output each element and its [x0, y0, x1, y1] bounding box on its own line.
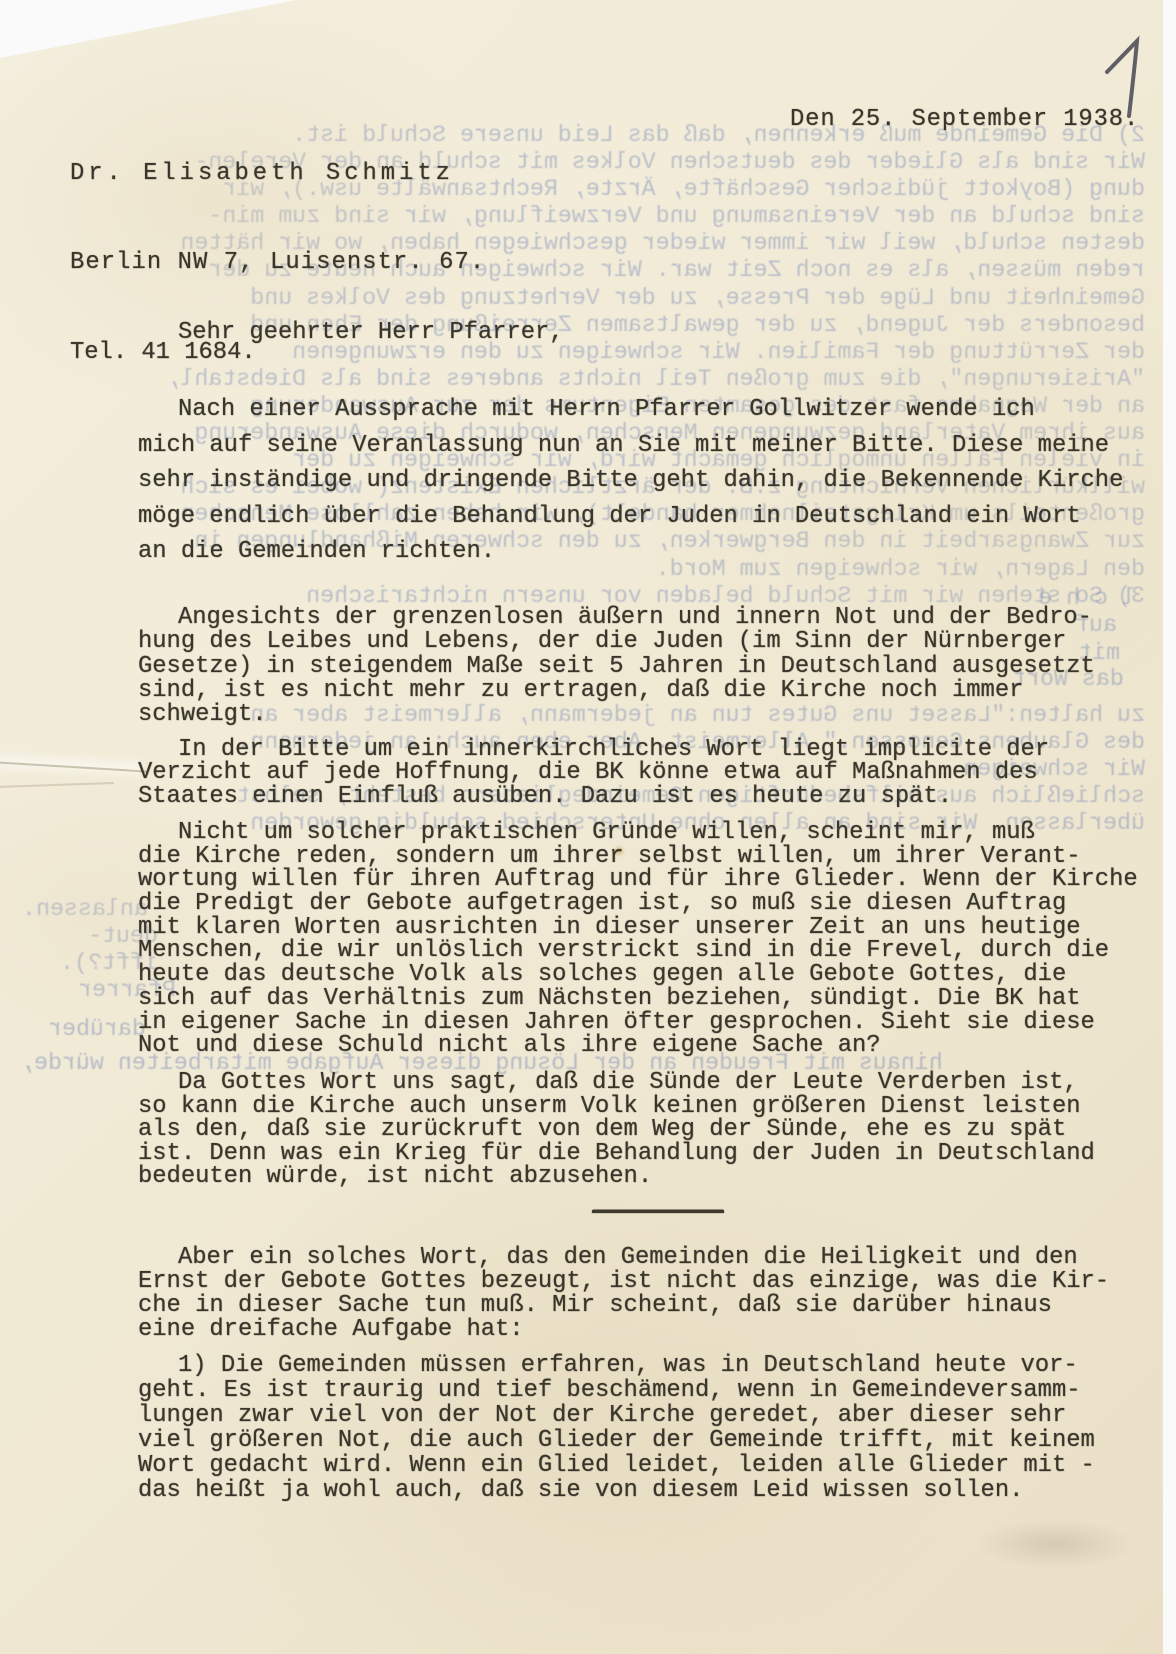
typed-line: geht. Es ist traurig und tief beschämend… — [138, 1378, 1138, 1403]
typed-line: Angesichts der grenzenlosen äußern und i… — [138, 606, 1138, 630]
typed-line: Nicht um solcher praktischen Gründe will… — [138, 821, 1138, 845]
typed-line: das heißt ja wohl auch, daß sie von dies… — [138, 1478, 1138, 1503]
typed-line: che in dieser Sache tun muß. Mir scheint… — [138, 1294, 1138, 1318]
typed-line: Wort gedacht wird. Wenn ein Glied leidet… — [138, 1453, 1138, 1478]
typed-line: lungen zwar viel von der Not der Kirche … — [138, 1403, 1138, 1428]
paragraph: In der Bitte um ein innerkirchliches Wor… — [138, 738, 1138, 808]
typed-line: an die Gemeinden richten. — [138, 534, 1138, 570]
typed-line: Verzicht auf jede Hoffnung, die BK könne… — [138, 761, 1138, 784]
ink-smudge — [975, 1518, 1135, 1570]
typed-line: Da Gottes Wort uns sagt, daß die Sünde d… — [138, 1071, 1138, 1095]
paragraph: Nicht um solcher praktischen Gründe will… — [138, 821, 1138, 1058]
scanned-letter-page: 2) Die Gemeinde muß erkennen, daß das Le… — [0, 0, 1176, 1654]
typed-line: Ernst der Gebote Gottes bezeugt, ist nic… — [138, 1270, 1138, 1294]
typed-line: viel größeren Not, die auch Glieder der … — [138, 1428, 1138, 1453]
paragraph: Nach einer Aussprache mit Herrn Pfarrer … — [138, 392, 1138, 570]
typed-line: sehr inständige und dringende Bitte geht… — [138, 463, 1138, 499]
typed-line: Nach einer Aussprache mit Herrn Pfarrer … — [138, 392, 1138, 428]
typed-line: bedeuten würde, ist nicht abzusehen. — [138, 1165, 1138, 1189]
typed-line: Staates einen Einfluß ausüben. Dazu ist … — [138, 785, 1138, 808]
typed-line: hung des Leibes und Lebens, der die Jude… — [138, 630, 1138, 654]
typed-line: in eigener Sache in diesen Jahren öfter … — [138, 1011, 1138, 1035]
paragraph: Aber ein solches Wort, das den Gemeinden… — [138, 1246, 1138, 1342]
typed-line: als den, daß sie zurückruft von dem Weg … — [138, 1118, 1138, 1142]
bleedthrough-fragment: darüber — [48, 1016, 146, 1042]
typed-line: mich auf seine Veranlassung nun an Sie m… — [138, 428, 1138, 464]
typed-divider-rule — [592, 1210, 724, 1213]
sender-address: Berlin NW 7, Luisenstr. 67. — [70, 245, 485, 280]
typed-line: In der Bitte um ein innerkirchliches Wor… — [138, 738, 1138, 761]
bleedthrough-fragment: anlassen. — [22, 896, 148, 922]
typed-line: Gesetze) in steigendem Maße seit 5 Jahre… — [138, 655, 1138, 679]
typed-line: so kann die Kirche auch unserm Volk kein… — [138, 1095, 1138, 1119]
typed-line: ist. Denn was ein Krieg für die Behandlu… — [138, 1142, 1138, 1166]
letter-date: Den 25. September 1938. — [790, 102, 1139, 137]
typed-line: Menschen, die wir unlöslich verstrickt s… — [138, 939, 1138, 963]
paragraph: Angesichts der grenzenlosen äußern und i… — [138, 606, 1138, 727]
typed-line: heute das deutsche Volk als solches gege… — [138, 963, 1138, 987]
typed-line: die Kirche reden, sondern um ihrer selbs… — [138, 845, 1138, 869]
typed-line: schweigt. — [138, 703, 1138, 727]
typed-line: die Predigt der Gebote aufgetragen ist, … — [138, 892, 1138, 916]
typed-line: wortung willen für ihren Auftrag und für… — [138, 868, 1138, 892]
paragraph: Da Gottes Wort uns sagt, daß die Sünde d… — [138, 1071, 1138, 1189]
paragraph: 1) Die Gemeinden müssen erfahren, was in… — [138, 1353, 1138, 1503]
sender-name: Dr. Elisabeth Schmitz — [70, 156, 485, 191]
typed-line: sind, ist es nicht mehr zu ertragen, daß… — [138, 679, 1138, 703]
typed-line: sich auf das Verhältnis zum Nächsten bez… — [138, 987, 1138, 1011]
typed-line: eine dreifache Aufgabe hat: — [138, 1318, 1138, 1342]
typed-line: Not und diese Schuld nicht als ihre eige… — [138, 1034, 1138, 1058]
typed-line: 1) Die Gemeinden müssen erfahren, was in… — [138, 1353, 1138, 1378]
typed-line: Aber ein solches Wort, das den Gemeinden… — [138, 1246, 1138, 1270]
letterhead: Dr. Elisabeth Schmitz Berlin NW 7, Luise… — [70, 102, 485, 424]
salutation: Sehr geehrter Herr Pfarrer, — [178, 318, 564, 348]
typed-line: möge endlich über die Behandlung der Jud… — [138, 499, 1138, 535]
typed-line: mit klaren Worten ausrichten in dieser u… — [138, 916, 1138, 940]
